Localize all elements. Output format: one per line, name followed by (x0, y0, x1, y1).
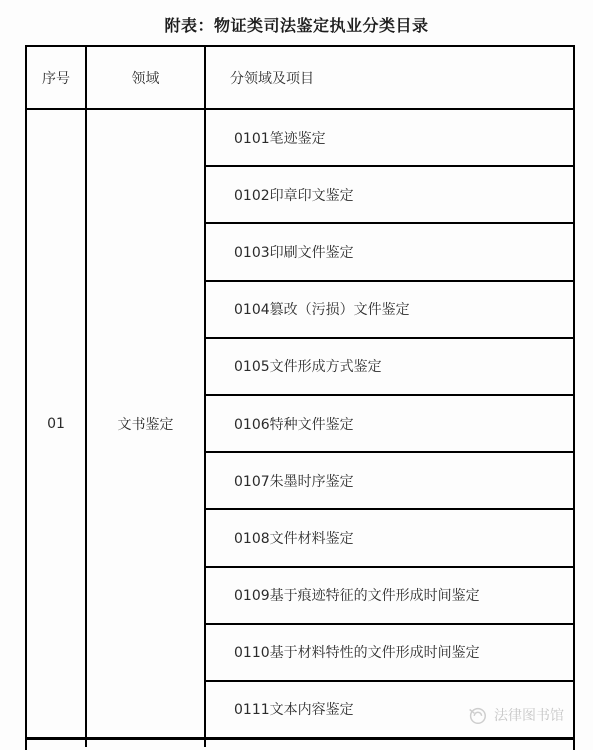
classification-table: 序号 领域 分领域及项目 01 文书鉴定 0101笔迹鉴定 0102印章印文鉴定… (25, 45, 575, 750)
item-cell: 0102印章印文鉴定 (206, 167, 573, 224)
page-title: 附表：物证类司法鉴定执业分类目录 (0, 13, 593, 36)
header-field: 领域 (87, 47, 206, 108)
item-cell: 0110基于材料特性的文件形成时间鉴定 (206, 625, 573, 682)
document-page: 附表：物证类司法鉴定执业分类目录 序号 领域 分领域及项目 01 文书鉴定 01… (0, 0, 593, 750)
cutoff-field-cell (87, 740, 206, 747)
row-items-column: 0101笔迹鉴定 0102印章印文鉴定 0103印刷文件鉴定 0104篡改（污损… (206, 110, 573, 737)
header-subfield: 分领域及项目 (206, 47, 573, 108)
item-cell: 0103印刷文件鉴定 (206, 224, 573, 281)
item-cell: 0104篡改（污损）文件鉴定 (206, 282, 573, 339)
item-cell: 0106特种文件鉴定 (206, 396, 573, 453)
cutoff-items-cell (206, 740, 573, 747)
table-row: 01 文书鉴定 0101笔迹鉴定 0102印章印文鉴定 0103印刷文件鉴定 0… (27, 110, 573, 740)
item-cell: 0107朱墨时序鉴定 (206, 453, 573, 510)
cutoff-seq-cell (27, 740, 87, 747)
item-cell: 0109基于痕迹特征的文件形成时间鉴定 (206, 568, 573, 625)
row-field-cell: 文书鉴定 (87, 110, 206, 737)
row-seq-cell: 01 (27, 110, 87, 737)
item-cell: 0111文本内容鉴定 (206, 682, 573, 737)
table-header-row: 序号 领域 分领域及项目 (27, 47, 573, 110)
item-cell: 0101笔迹鉴定 (206, 110, 573, 167)
item-cell: 0108文件材料鉴定 (206, 510, 573, 567)
item-cell: 0105文件形成方式鉴定 (206, 339, 573, 396)
table-next-row-cutoff (27, 740, 573, 747)
header-seq: 序号 (27, 47, 87, 108)
